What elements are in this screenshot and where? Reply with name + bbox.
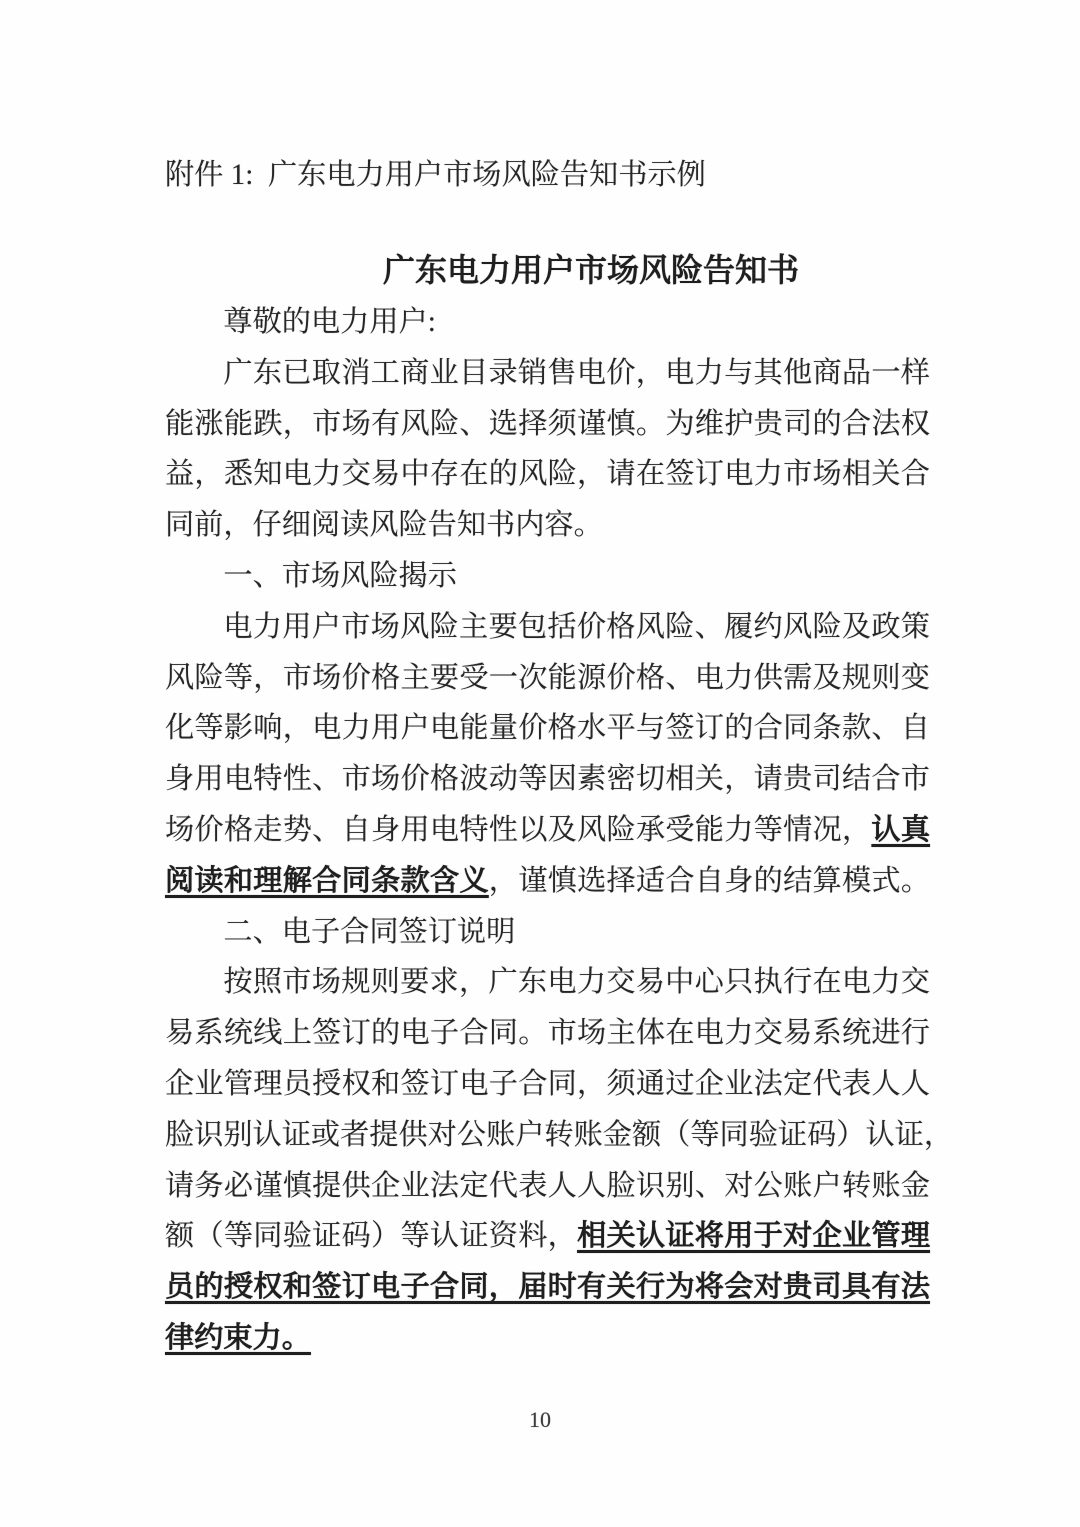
text-segment: 二、电子合同签订说明	[223, 916, 515, 948]
text-line: 场价格走势、自身用电特性以及风险承受能力等情况，认真	[165, 805, 930, 856]
text-line: 额（等同验证码）等认证资料，相关认证将用于对企业管理	[165, 1211, 930, 1262]
document-title: 广东电力用户市场风险告知书	[252, 245, 930, 295]
text-segment: 尊敬的电力用户:	[223, 306, 435, 338]
text-line: 二、电子合同签订说明	[165, 907, 930, 958]
text-segment: 身用电特性、市场价格波动等因素密切相关，请贵司结合市	[165, 763, 930, 795]
text-segment: 能涨能跌，市场有风险、选择须谨慎。为维护贵司的合法权	[165, 408, 930, 440]
text-line: 风险等，市场价格主要受一次能源价格、电力供需及规则变	[165, 653, 930, 704]
text-segment: 同前，仔细阅读风险告知书内容。	[165, 509, 603, 541]
text-line: 身用电特性、市场价格波动等因素密切相关，请贵司结合市	[165, 754, 930, 805]
text-segment: 脸识别认证或者提供对公账户转账金额（等同验证码）认证，	[165, 1119, 953, 1151]
text-line: 益，悉知电力交易中存在的风险，请在签订电力市场相关合	[165, 449, 930, 500]
page-number: 10	[0, 1405, 1080, 1435]
emphasized-text: 律约束力。	[165, 1322, 355, 1354]
text-line: 请务必谨慎提供企业法定代表人人脸识别、对公账户转账金	[165, 1161, 930, 1212]
text-line: 易系统线上签订的电子合同。市场主体在电力交易系统进行	[165, 1008, 930, 1059]
text-segment: 电力用户市场风险主要包括价格风险、履约风险及政策	[223, 611, 930, 643]
text-line: 员的授权和签订电子合同，届时有关行为将会对贵司具有法	[165, 1262, 930, 1313]
text-segment: 额（等同验证码）等认证资料，	[165, 1220, 577, 1252]
text-segment: 化等影响，电力用户电能量价格水平与签订的合同条款、自	[165, 712, 930, 744]
text-line: 阅读和理解合同条款含义，谨慎选择适合自身的结算模式。	[165, 856, 930, 907]
emphasized-text: 认真	[871, 814, 930, 846]
text-line: 脸识别认证或者提供对公账户转账金额（等同验证码）认证，	[165, 1110, 930, 1161]
text-segment: 请务必谨慎提供企业法定代表人人脸识别、对公账户转账金	[165, 1170, 930, 1202]
attachment-label: 附件 1: 广东电力用户市场风险告知书示例	[165, 150, 706, 200]
text-segment: 一、市场风险揭示	[223, 560, 457, 592]
text-segment: 易系统线上签订的电子合同。市场主体在电力交易系统进行	[165, 1017, 930, 1049]
text-segment: 广东已取消工商业目录销售电价，电力与其他商品一样	[223, 357, 930, 389]
text-line: 能涨能跌，市场有风险、选择须谨慎。为维护贵司的合法权	[165, 399, 930, 450]
text-segment: 益，悉知电力交易中存在的风险，请在签订电力市场相关合	[165, 458, 930, 490]
text-segment: ，谨慎选择适合自身的结算模式。	[489, 865, 930, 897]
text-line: 电力用户市场风险主要包括价格风险、履约风险及政策	[165, 602, 930, 653]
emphasized-text: 阅读和理解合同条款含义	[165, 865, 489, 897]
emphasized-text: 相关认证将用于对企业管理	[577, 1220, 930, 1252]
text-segment: 企业管理员授权和签订电子合同，须通过企业法定代表人人	[165, 1068, 930, 1100]
text-line: 同前，仔细阅读风险告知书内容。	[165, 500, 930, 551]
text-segment: 按照市场规则要求，广东电力交易中心只执行在电力交	[223, 966, 930, 998]
text-line: 化等影响，电力用户电能量价格水平与签订的合同条款、自	[165, 703, 930, 754]
text-line: 律约束力。	[165, 1313, 930, 1364]
text-segment: 场价格走势、自身用电特性以及风险承受能力等情况，	[165, 814, 871, 846]
text-line: 按照市场规则要求，广东电力交易中心只执行在电力交	[165, 957, 930, 1008]
document-page: 附件 1: 广东电力用户市场风险告知书示例 广东电力用户市场风险告知书 尊敬的电…	[0, 0, 1080, 1527]
emphasized-text: 员的授权和签订电子合同，届时有关行为将会对贵司具有法	[165, 1271, 930, 1303]
text-line: 企业管理员授权和签订电子合同，须通过企业法定代表人人	[165, 1059, 930, 1110]
text-line: 一、市场风险揭示	[165, 551, 930, 602]
text-line: 尊敬的电力用户:	[165, 297, 930, 348]
document-body: 尊敬的电力用户:广东已取消工商业目录销售电价，电力与其他商品一样能涨能跌，市场有…	[165, 297, 930, 1364]
text-line: 广东已取消工商业目录销售电价，电力与其他商品一样	[165, 348, 930, 399]
text-segment: 风险等，市场价格主要受一次能源价格、电力供需及规则变	[165, 662, 930, 694]
